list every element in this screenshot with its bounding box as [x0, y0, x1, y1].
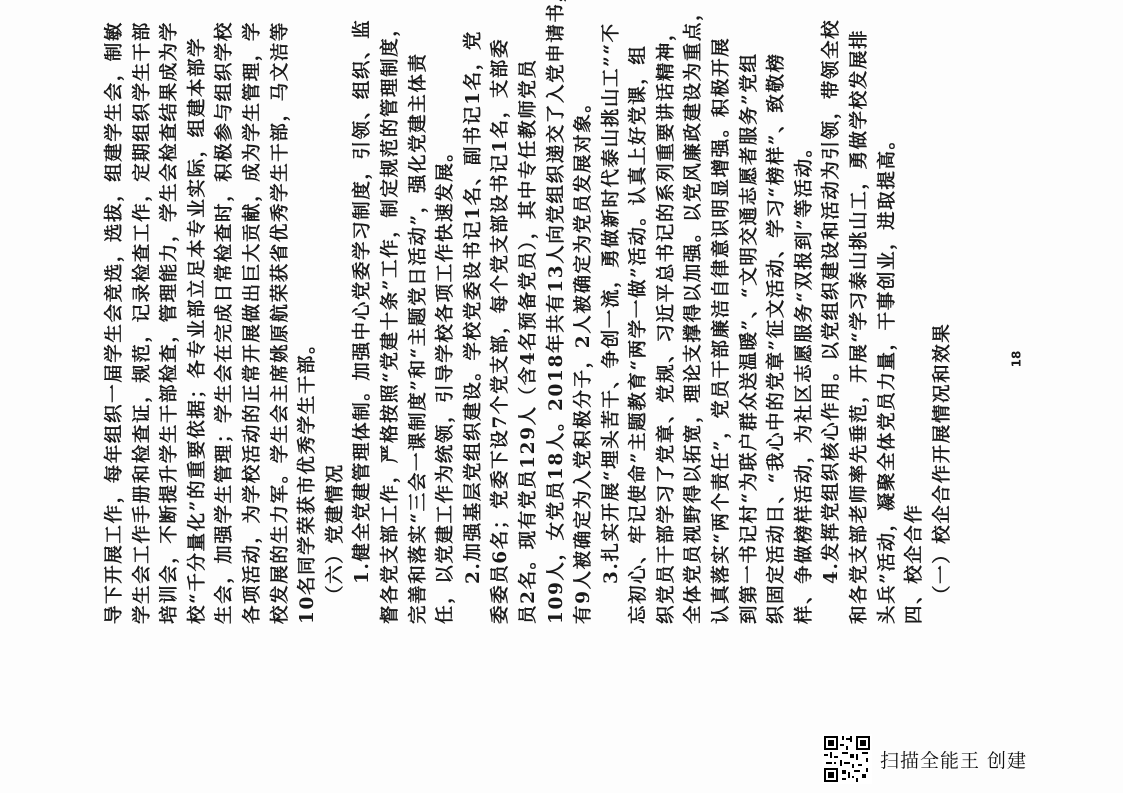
text-line: 3.扎实开展“埋头苦干、争创一流，勇做新时代泰山挑山工”“不	[598, 84, 626, 624]
text-line: 样、争做榜样活动，为社区志愿服务“双报到”等活动。	[791, 84, 819, 624]
scanned-page: 导下开展工作，每年组织一届学生会竞选，选拔，组建学生会，制敏学生会工作手册和检查…	[0, 0, 1123, 793]
text-line: 校发展的生力军。学生会主席姚原航荣获省优秀学生干部，马文洁等	[267, 84, 295, 624]
text-line: 和各党支部老师率先垂范，开展“学习泰山挑山工，勇做学校发展排	[846, 84, 874, 624]
text-line: 1.健全党建管理体制。加强中心党委学习制度，引领、组织、监	[349, 84, 377, 624]
text-line: 生会，加强学生管理；学生会在完成日常检查时，积极参与组织学校	[211, 84, 239, 624]
text-line: 10名同学荣获市优秀学生干部。	[294, 84, 322, 624]
text-line: 认真落实“两个责任”，党员干部廉洁自律意识明显增强。积极开展	[708, 84, 736, 624]
text-line: 委委员6名；党委下设7个党支部，每个党支部设书记1名，支部委	[487, 84, 515, 624]
text-line: 4.发挥党组织核心作用。以党组织建设和活动为引领，带领全校	[818, 84, 846, 624]
text-line: 督各党支部工作，严格按照“党建十条”工作，制定规范的管理制度，	[377, 84, 405, 624]
rotated-text-block: 导下开展工作，每年组织一届学生会竞选，选拔，组建学生会，制敏学生会工作手册和检查…	[101, 84, 941, 624]
text-line: 学生会工作手册和检查证，规范，记录检查工作，定期组织学生干部	[129, 84, 157, 624]
page-number: 18	[1009, 351, 1023, 368]
subsection-heading: （六）党建情况	[322, 84, 350, 624]
text-line: 忘初心、牢记使命”主题教育“两学一做”活动。认真上好党课，组	[625, 84, 653, 624]
text-line: 2.加强基层党组织建设。学校党委设书记1名、副书记1名，党	[460, 84, 488, 624]
watermark-text: 扫描全能王 创建	[880, 746, 1027, 773]
text-line: 导下开展工作，每年组织一届学生会竞选，选拔，组建学生会，制敏	[101, 84, 129, 624]
text-line: 培训会，不断提升学生干部检查，管理能力，学生会检查结果成为学	[156, 84, 184, 624]
text-line: 109人，女党员18人。2018年共有13人向党组织递交了入党申请书，	[543, 84, 571, 624]
text-line: 到第一书记村“为联户群众送温暖”、“文明交通志愿者服务”党组	[736, 84, 764, 624]
scanner-watermark: 扫描全能王 创建	[822, 733, 1027, 785]
text-line: 全体党员视野得以拓宽，理论支撑得以加强。以党风廉政建设为重点，	[680, 84, 708, 624]
text-line: 织党员干部学习了党章、党规、习近平总书记的系列重要讲话精神，	[653, 84, 681, 624]
text-line: 各项活动，为学校活动的正常开展做出巨大贡献，成为学生管理，学	[239, 84, 267, 624]
text-line: 员2名。现有党员129人（含4名预备党员），其中专任教师党员	[515, 84, 543, 624]
qr-code-icon	[822, 734, 872, 784]
text-line: 任，以党建工作为统领，引导学校各项工作快速发展。	[432, 84, 460, 624]
text-line: 校“千分量化”的重要依据；各专业部立足本专业实际，组建本部学	[184, 84, 212, 624]
text-line: 完善和落实“三会一课制度”和“主题党日活动”，强化党建主体责	[405, 84, 433, 624]
subsection-heading: （一）校企合作开展情况和效果	[929, 84, 957, 624]
section-heading: 四、校企合作	[901, 84, 929, 624]
text-line: 有9人被确定为入党积极分子，2人被确定为党员发展对象。	[570, 84, 598, 624]
text-line: 织固定活动日、“我心中的党章”征文活动、学习“榜样”、致敬榜	[763, 84, 791, 624]
text-line: 头兵”活动，凝聚全体党员力量，干事创业，进取提高。	[874, 84, 902, 624]
